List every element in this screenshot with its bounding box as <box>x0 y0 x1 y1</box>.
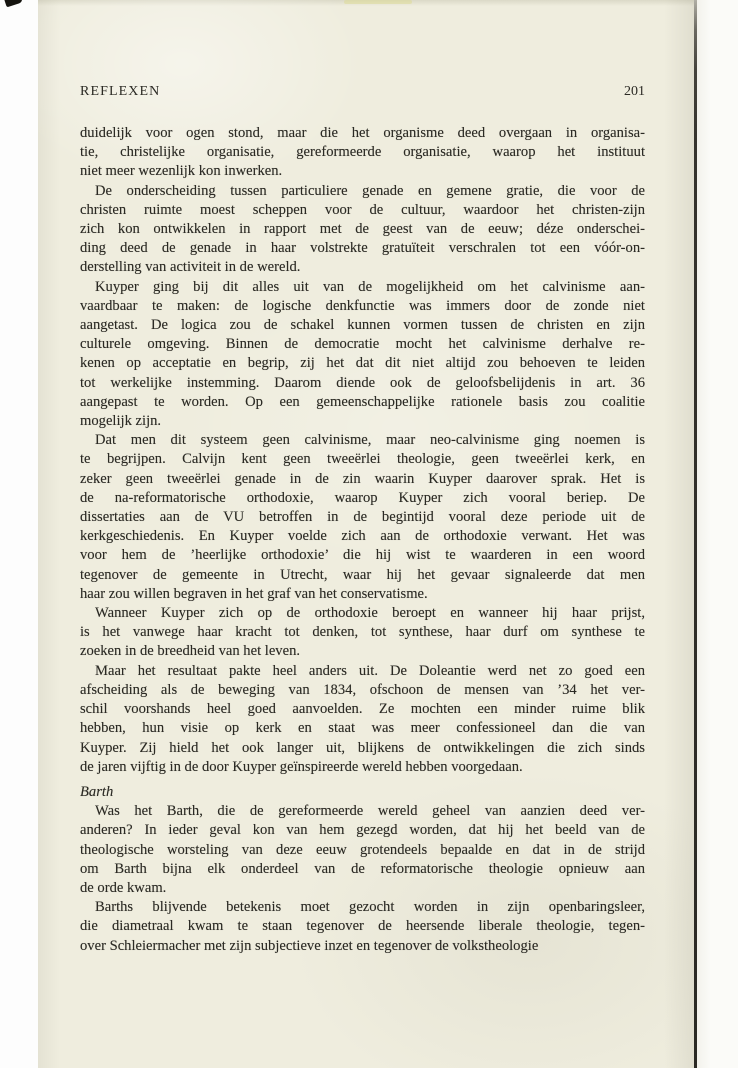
text-line: ding deed de genade in haar volstrekte g… <box>80 239 645 258</box>
text-line: culturele omgeving. Binnen de democratie… <box>80 335 645 354</box>
running-title: REFLEXEN <box>80 84 160 100</box>
text-line: om Barth bijna elk onderdeel van de refo… <box>80 860 645 879</box>
text-line: De onderscheiding tussen particuliere ge… <box>80 182 645 201</box>
text-line: zich kon ontwikkelen in rapport met de g… <box>80 220 645 239</box>
text-line: kerkgeschiedenis. En Kuyper voelde zich … <box>80 527 645 546</box>
text-line: Kuyper. Zij hield het ook langer uit, bl… <box>80 739 645 758</box>
text-line: mogelijk zijn. <box>80 412 645 431</box>
text-line: tegenover de gemeente in Utrecht, waar h… <box>80 566 645 585</box>
text-line: theologische worsteling van deze eeuw gr… <box>80 841 645 860</box>
paragraph: Kuyper ging bij dit alles uit van de mog… <box>80 278 645 432</box>
section-heading: Barth <box>80 783 645 802</box>
text-line: die diametraal kwam te staan tegenover d… <box>80 917 645 936</box>
text-line: te begrijpen. Calvijn kent geen tweeërle… <box>80 450 645 469</box>
paragraph: De onderscheiding tussen particuliere ge… <box>80 182 645 278</box>
text-line: Maar het resultaat pakte heel anders uit… <box>80 662 645 681</box>
paragraph: Dat men dit systeem geen calvinisme, maa… <box>80 431 645 604</box>
text-line: kenen op acceptatie en begrip, zij het d… <box>80 354 645 373</box>
text-line: zoeken in de breedheid van het leven. <box>80 642 645 661</box>
text-line: dissertaties aan de VU betroffen in de b… <box>80 508 645 527</box>
text-line: de na-reformatorische orthodoxie, waarop… <box>80 489 645 508</box>
text-line: niet meer wezenlijk kon inwerken. <box>80 162 645 181</box>
text-line: Kuyper ging bij dit alles uit van de mog… <box>80 278 645 297</box>
text-line: tie, christelijke organisatie, gereforme… <box>80 143 645 162</box>
text-line: christen ruimte moest scheppen voor de c… <box>80 201 645 220</box>
page-header: REFLEXEN 201 <box>80 84 645 100</box>
text-line: Dat men dit systeem geen calvinisme, maa… <box>80 431 645 450</box>
scanned-book-page: { "page": { "header": { "title": "REFLEX… <box>0 0 738 1068</box>
text-line: Wanneer Kuyper zich op de orthodoxie ber… <box>80 604 645 623</box>
paragraph: Maar het resultaat pakte heel anders uit… <box>80 662 645 777</box>
paragraph: duidelijk voor ogen stond, maar die het … <box>80 124 645 182</box>
text-line: haar zou willen begraven in het graf van… <box>80 585 645 604</box>
paragraph: Wanneer Kuyper zich op de orthodoxie ber… <box>80 604 645 662</box>
text-line: is het vanwege haar kracht tot denken, t… <box>80 623 645 642</box>
text-line: duidelijk voor ogen stond, maar die het … <box>80 124 645 143</box>
text-line: zeker geen tweeërlei genade in de zin wa… <box>80 470 645 489</box>
paragraph: Barths blijvende betekenis moet gezocht … <box>80 898 645 956</box>
text-line: de jaren vijftig in de door Kuyper geïns… <box>80 758 645 777</box>
text-line: over Schleiermacher met zijn subjectieve… <box>80 937 645 956</box>
text-line: tot werkelijke instemming. Daarom diende… <box>80 374 645 393</box>
text-line: afscheiding als de beweging van 1834, of… <box>80 681 645 700</box>
page-number: 201 <box>624 84 645 100</box>
page-body: duidelijk voor ogen stond, maar die het … <box>80 124 645 956</box>
text-line: aangetast. De logica zou de schakel kunn… <box>80 316 645 335</box>
text-line: schil voorshands heel goed aanvoelden. Z… <box>80 700 645 719</box>
scan-top-streak-artifact <box>344 0 412 4</box>
text-line: vaardbaar te maken: de logische denkfunc… <box>80 297 645 316</box>
text-line: Was het Barth, die de gereformeerde were… <box>80 802 645 821</box>
text-line: hebben, hun visie op kerk en staat was m… <box>80 719 645 738</box>
text-line: Barths blijvende betekenis moet gezocht … <box>80 898 645 917</box>
text-line: voor hem de ’heerlijke orthodoxie’ die h… <box>80 546 645 565</box>
scan-corner-mark-artifact <box>4 0 23 7</box>
text-line: derstelling van activiteit in de wereld. <box>80 258 645 277</box>
paragraph: Was het Barth, die de gereformeerde were… <box>80 802 645 898</box>
scan-right-margin <box>697 0 738 1068</box>
text-line: de orde kwam. <box>80 879 645 898</box>
text-line: anderen? In ieder geval kon van hem geze… <box>80 821 645 840</box>
text-line: aangepast te worden. Op een gemeenschapp… <box>80 393 645 412</box>
